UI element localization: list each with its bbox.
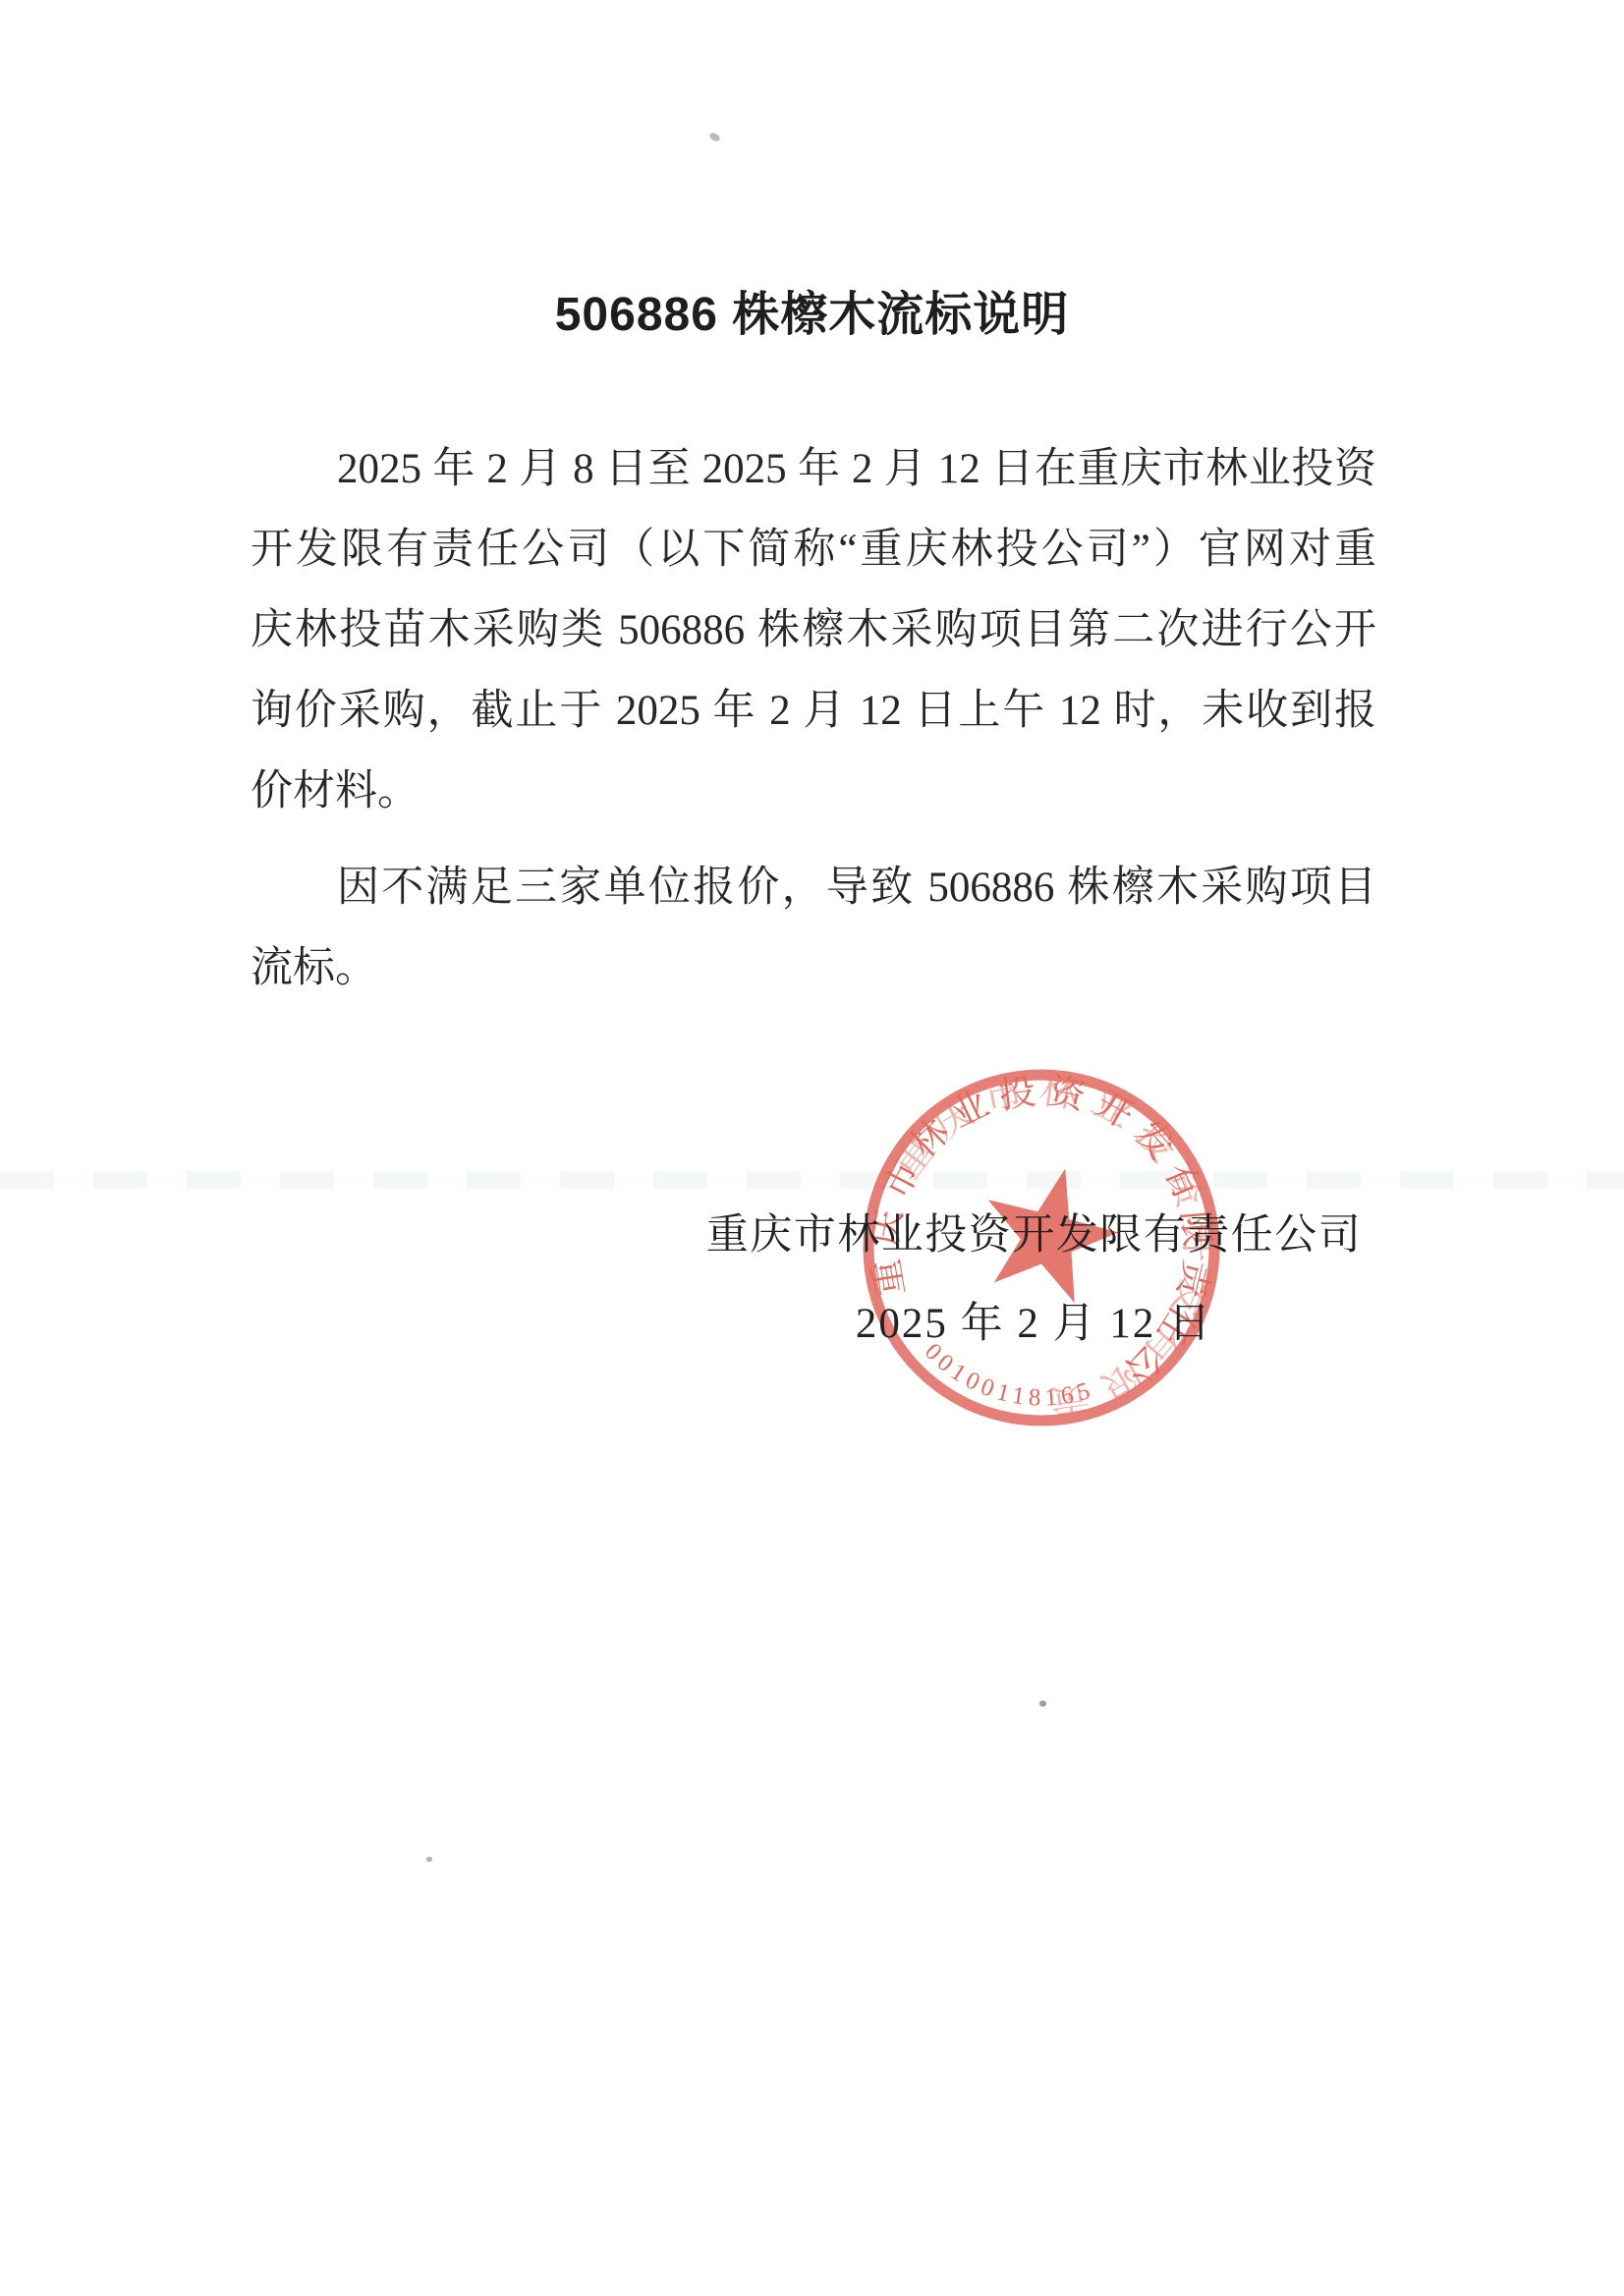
scan-speck xyxy=(1039,1701,1046,1707)
paragraph-2: 因不满足三家单位报价，导致 506886 株檫木采购项目 流标。 xyxy=(251,848,1376,1009)
body-line: 询价采购，截止于 2025 年 2 月 12 日上午 12 时，未收到报 xyxy=(251,671,1376,752)
body-line: 流标。 xyxy=(251,928,1376,1009)
body-line: 2025 年 2 月 8 日至 2025 年 2 月 12 日在重庆市林业投资 xyxy=(251,429,1376,510)
body-line: 因不满足三家单位报价，导致 506886 株檫木采购项目 xyxy=(251,848,1376,928)
body-line: 开发限有责任公司（以下简称“重庆林投公司”）官网对重 xyxy=(251,510,1376,590)
paragraph-1: 2025 年 2 月 8 日至 2025 年 2 月 12 日在重庆市林业投资 … xyxy=(251,429,1376,832)
body-line: 庆林投苗木采购类 506886 株檫木采购项目第二次进行公开 xyxy=(251,590,1376,671)
body-line: 价材料。 xyxy=(251,752,1376,832)
signature-company: 重庆市林业投资开发限有责任公司 xyxy=(702,1214,1366,1258)
scan-speck xyxy=(426,1857,432,1862)
document-body: 2025 年 2 月 8 日至 2025 年 2 月 12 日在重庆市林业投资 … xyxy=(251,429,1376,1009)
scanned-page xyxy=(0,0,1624,2296)
signature-block: 重庆市林业投资开发限有责任公司 2025 年 2 月 12 日 xyxy=(702,1214,1366,1346)
document-title: 506886 株檫木流标说明 xyxy=(0,287,1624,344)
signature-date: 2025 年 2 月 12 日 xyxy=(702,1303,1366,1346)
scan-artifact-band xyxy=(0,1171,1624,1189)
